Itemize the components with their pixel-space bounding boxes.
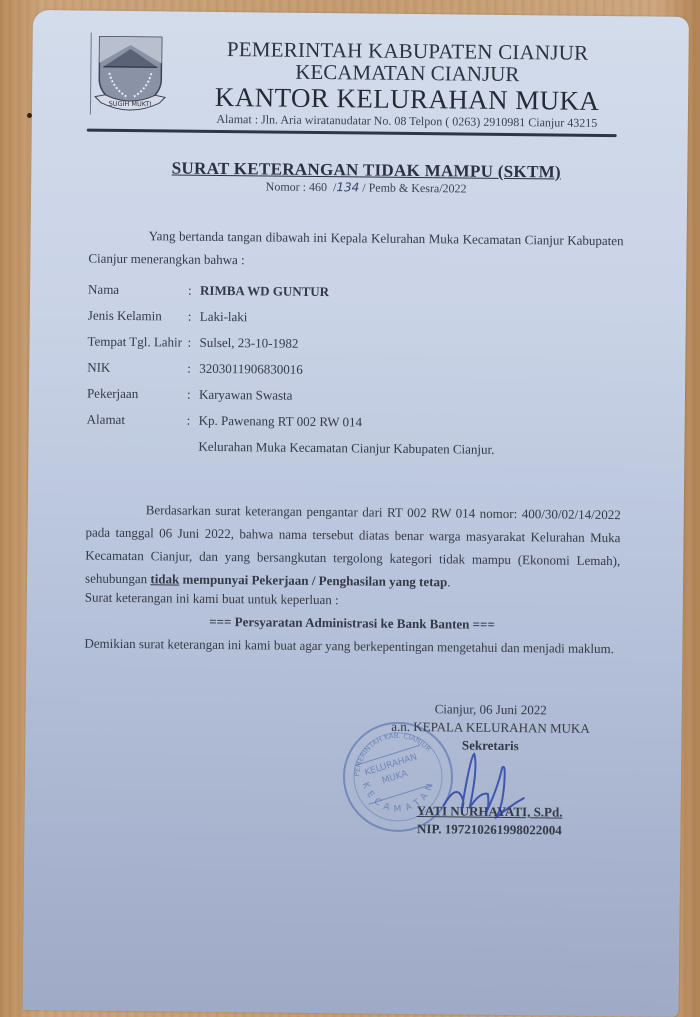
intro-paragraph: Yang bertanda tangan dibawah ini Kepala … [88,224,623,276]
handwritten-signature-icon [439,747,530,828]
number-label: Nomor : [266,179,306,193]
number-handwritten: 134 [336,180,359,194]
statement-paragraph: Berdasarkan surat keterangan pengantar d… [85,498,621,596]
field-value: Sulsel, 23-10-1982 [199,335,298,352]
statement-end: . [447,574,450,589]
letterhead: PEMERINTAH KABUPATEN CIANJUR KECAMATAN C… [182,38,633,132]
document-paper: SUGIH MUKTI PEMERINTAH KABUPATEN CIANJUR… [23,10,689,1017]
field-value: Laki-laki [200,309,248,325]
field-label: Alamat [87,412,187,429]
regency-emblem-icon: SUGIH MUKTI [90,33,168,116]
statement-underlined: tidak [150,571,179,586]
field-value: Kp. Pawenang RT 002 RW 014 [199,413,363,431]
closing-text: Demikian surat keterangan ini kami buat … [84,632,619,661]
address-continuation: Kelurahan Muka Kecamatan Cianjur Kabupat… [86,433,494,463]
number-prefix: 460 [309,180,327,194]
field-label: Nama [88,282,188,299]
office-address: Alamat : Jln. Aria wiratanudatar No. 08 … [182,111,632,132]
field-value: 3203011906830016 [199,361,303,378]
letter-page: SUGIH MUKTI PEMERINTAH KABUPATEN CIANJUR… [23,10,689,1017]
field-value: RIMBA WD GUNTUR [200,283,329,300]
field-label: Tempat Tgl. Lahir [87,334,187,351]
identity-fields: Nama: RIMBA WD GUNTUR Jenis Kelamin: Lak… [86,277,496,463]
on-behalf-of: a.n. KEPALA KELURAHAN MUKA [365,718,615,739]
field-value: Karyawan Swasta [199,387,293,404]
field-label: NIK [87,360,187,377]
title-block: SURAT KETERANGAN TIDAK MAMPU (SKTM) Nomo… [101,158,631,199]
field-label: Jenis Kelamin [88,308,188,325]
field-label: Pekerjaan [87,386,187,403]
number-suffix: / Pemb & Kesra/2022 [362,180,466,195]
svg-text:SUGIH MUKTI: SUGIH MUKTI [109,100,152,108]
